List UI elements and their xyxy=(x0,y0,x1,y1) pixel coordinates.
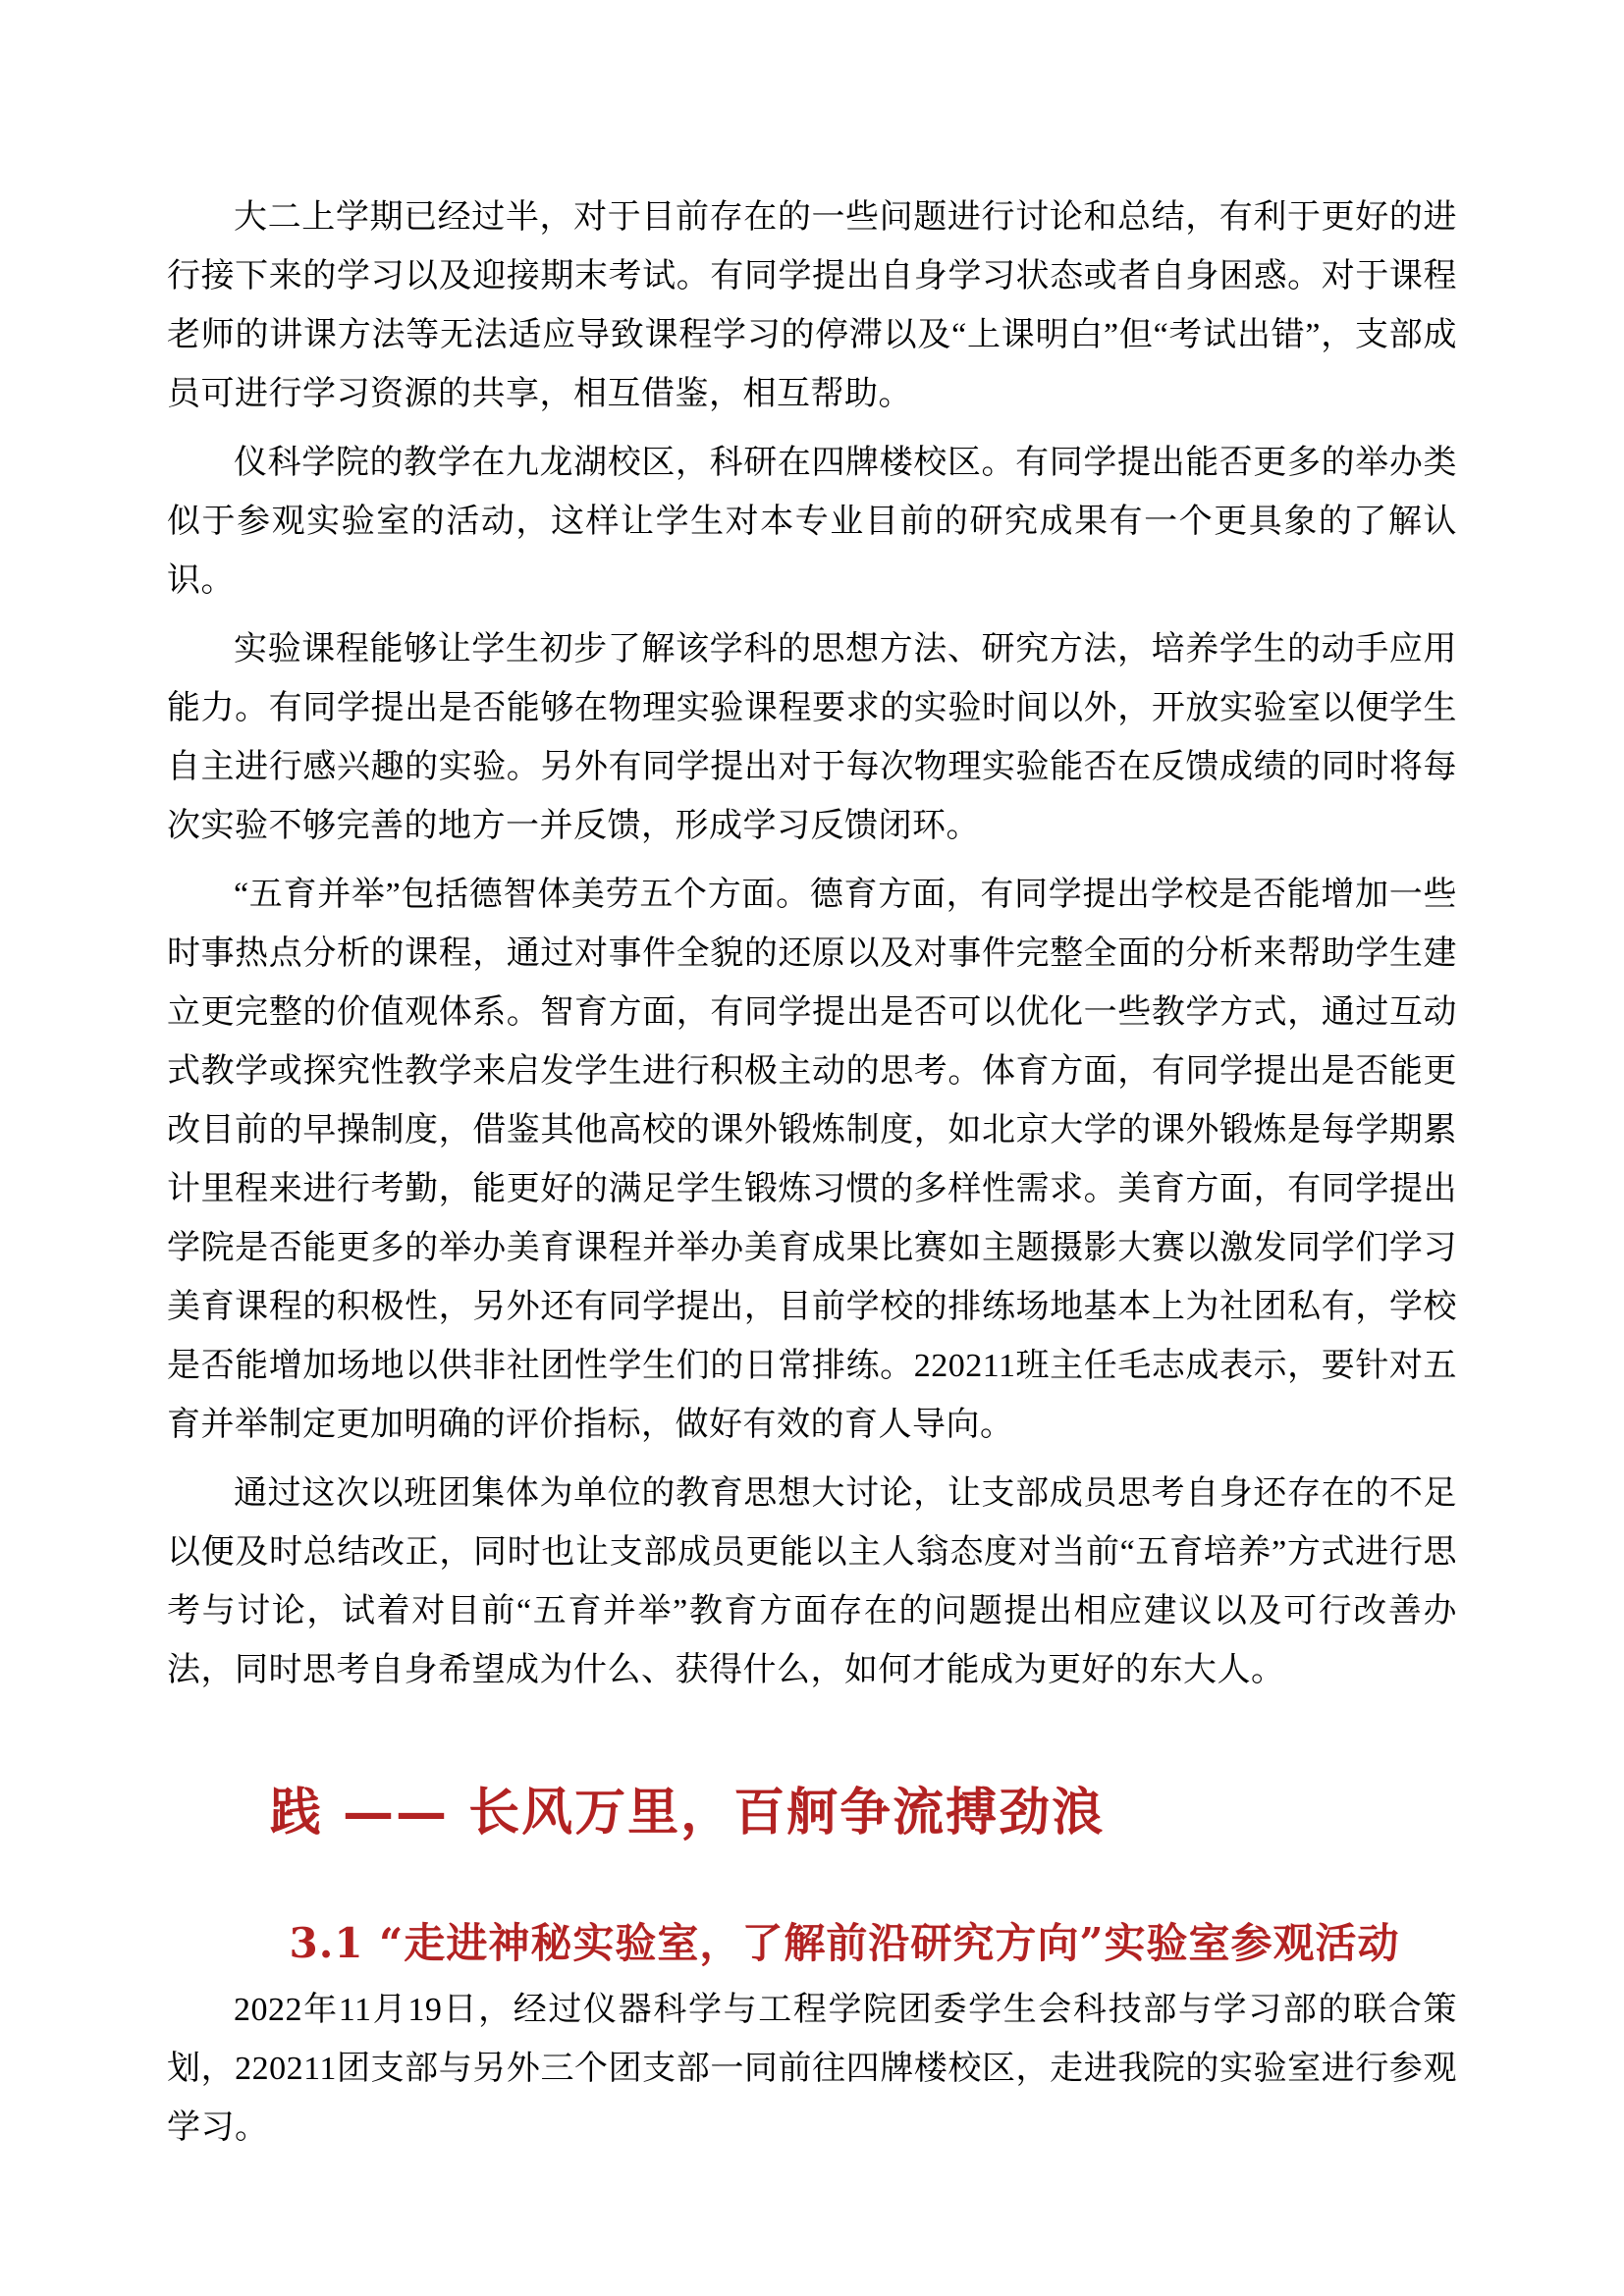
body-paragraph: “五育并举”包括德智体美劳五个方面。德育方面，有同学提出学校是否能增加一些时事热… xyxy=(167,866,1457,1455)
document-page: 大二上学期已经过半，对于目前存在的一些问题进行讨论和总结，有利于更好的进行接下来… xyxy=(0,0,1624,2296)
section-heading: 践 —— 长风万里，百舸争流搏劲浪 xyxy=(42,1779,1332,1847)
body-paragraph: 通过这次以班团集体为单位的教育思想大讨论，让支部成员思考自身还存在的不足以便及时… xyxy=(167,1465,1457,1700)
body-paragraph: 实验课程能够让学生初步了解该学科的思想方法、研究方法，培养学生的动手应用能力。有… xyxy=(167,620,1457,856)
body-paragraph: 仪科学院的教学在九龙湖校区，科研在四牌楼校区。有同学提出能否更多的举办类似于参观… xyxy=(167,434,1457,611)
body-paragraph: 大二上学期已经过半，对于目前存在的一些问题进行讨论和总结，有利于更好的进行接下来… xyxy=(167,188,1457,424)
body-paragraph: 2022年11月19日，经过仪器科学与工程学院团委学生会科技部与学习部的联合策划… xyxy=(167,1981,1457,2158)
subsection-heading: 3.1 “走进神秘实验室，了解前沿研究方向”实验室参观活动 xyxy=(199,1916,1489,1971)
